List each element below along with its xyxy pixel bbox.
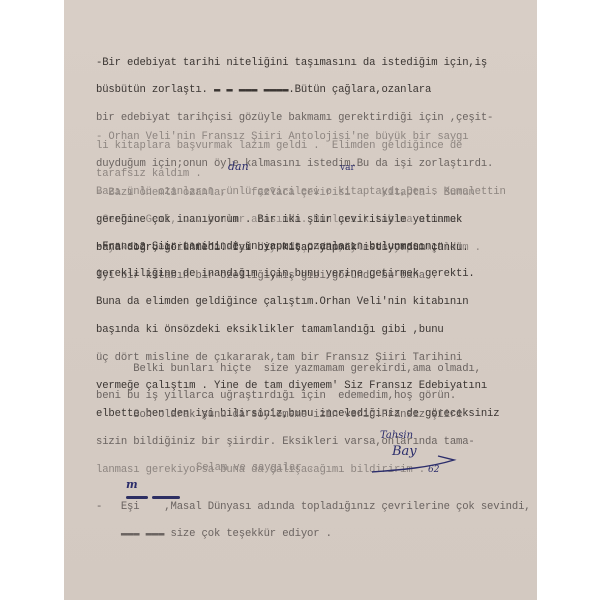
text-line: - Eşi ,Masal Dünyası adında topladığınız… [96,503,531,512]
text-line: -Bir edebiyat tarihi niteliğini taşıması… [96,59,493,68]
handwritten-insertion: m [126,478,138,491]
signature-first-name: Tahsin [380,430,413,441]
handwritten-insertion: var [340,163,355,173]
text-line: Selam ve saygılar . [196,464,314,473]
handwritten-insertion: dan [228,160,249,173]
redaction-mark [152,496,180,499]
text-line: ▬▬▬ ▬▬▬ size çok teşekkür ediyor . [96,530,531,539]
text-line: - Orhan Veli'nin Fransız Şiiri Antolojis… [96,133,506,142]
text-line: gerekliliğine de inandığım için,bunu yer… [96,270,499,279]
text-line: Buna da elimden geldiğince çalıştım.Orha… [96,298,499,307]
signature-flourish [368,448,458,476]
redaction-mark [126,496,148,499]
letter-page: -Bir edebiyat tarihi niteliğini taşıması… [64,0,537,600]
text-line: -Fransız Şiir tarihinde ün yapmış ozanla… [96,243,499,252]
text-line: Belki bunları hiçte size yazmamam gereki… [96,365,481,374]
text-line: - Bazı önemli ozanlar fazlaca çevirisi k… [96,189,475,198]
text-line: büsbütün zorlaştı. ▬ ▬ ▬▬▬ ▬▬▬▬.Bütün ça… [96,86,493,95]
text-line: duyduğum için;onun öyle kalmasını istedi… [96,160,506,169]
text-line: Son olarak şunu da söylememe izin verin:… [96,411,475,420]
text-line: başında ki önsözdeki eksiklikler tamamla… [96,326,499,335]
